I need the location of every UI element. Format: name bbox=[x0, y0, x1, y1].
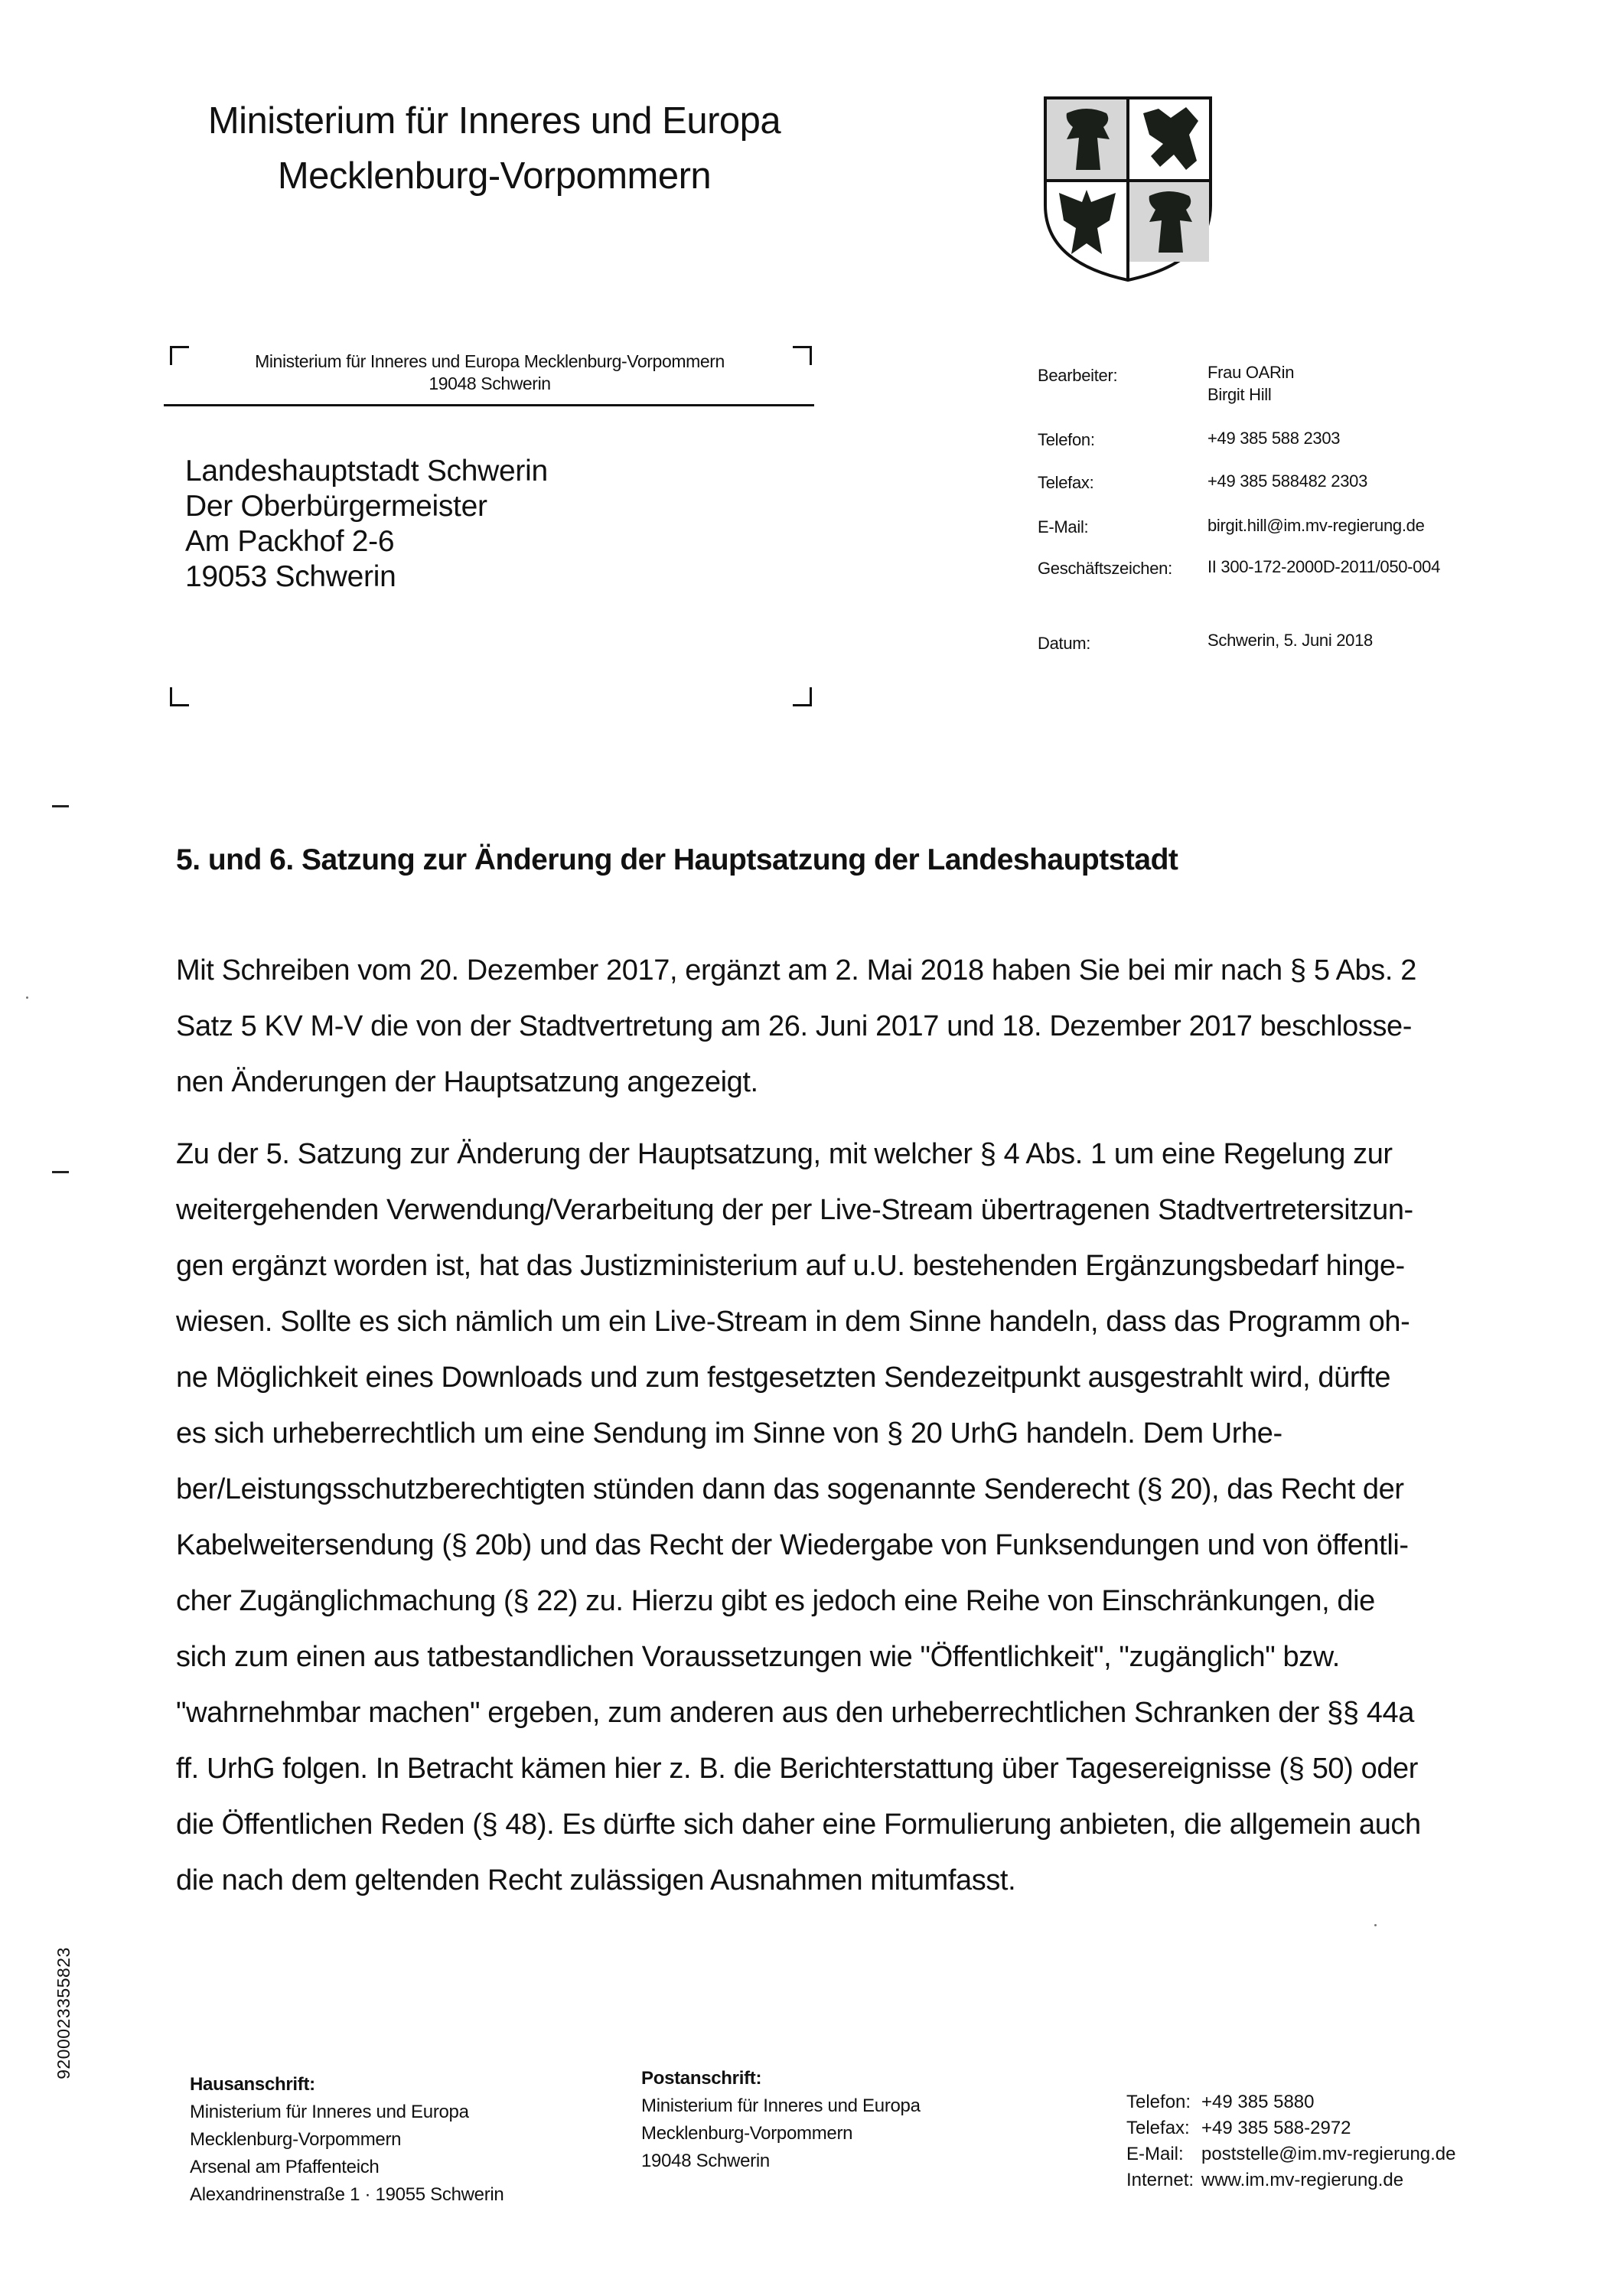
recipient-line: Landeshauptstadt Schwerin bbox=[185, 454, 548, 489]
telefon-label: Telefon: bbox=[1038, 430, 1095, 450]
email-value[interactable]: birgit.hill@im.mv-regierung.de bbox=[1207, 514, 1425, 536]
footer-contact: Telefon:+49 385 5880 Telefax:+49 385 588… bbox=[1126, 2089, 1456, 2193]
postanschrift-line: Mecklenburg-Vorpommern bbox=[641, 2120, 921, 2148]
datum-label: Datum: bbox=[1038, 634, 1090, 654]
ministry-name-line2: Mecklenburg-Vorpommern bbox=[181, 148, 808, 204]
fold-mark bbox=[52, 1171, 69, 1173]
footer-internet-label: Internet: bbox=[1126, 2167, 1201, 2193]
recipient-line: 19053 Schwerin bbox=[185, 559, 548, 595]
ministry-name-line1: Ministerium für Inneres und Europa bbox=[181, 93, 808, 148]
fold-mark bbox=[52, 805, 69, 807]
bearbeiter-title: Frau OARin bbox=[1207, 361, 1294, 383]
recipient-line: Am Packhof 2-6 bbox=[185, 524, 548, 559]
sender-line-1: Ministerium für Inneres und Europa Meckl… bbox=[191, 351, 788, 373]
sender-return-address: Ministerium für Inneres und Europa Meckl… bbox=[191, 351, 788, 395]
body-line: "wahrnehmbar machen" ergeben, zum andere… bbox=[176, 1685, 1523, 1741]
body-line: Zu der 5. Satzung zur Änderung der Haupt… bbox=[176, 1127, 1523, 1182]
bearbeiter-label: Bearbeiter: bbox=[1038, 366, 1117, 386]
side-number-text: 9200023355823 bbox=[54, 1947, 74, 2079]
bearbeiter-name: Birgit Hill bbox=[1207, 383, 1294, 406]
scan-speck bbox=[1374, 1924, 1377, 1926]
footer-telefon-value: +49 385 5880 bbox=[1201, 2092, 1314, 2112]
sender-line-2: 19048 Schwerin bbox=[191, 373, 788, 395]
footer-telefax: Telefax:+49 385 588-2972 bbox=[1126, 2115, 1456, 2141]
body-line: cher Zugänglichmachung (§ 22) zu. Hierzu… bbox=[176, 1574, 1523, 1629]
hausanschrift-line: Arsenal am Pfaffenteich bbox=[190, 2154, 504, 2181]
window-corner-mark bbox=[170, 687, 189, 706]
postanschrift-heading: Postanschrift: bbox=[641, 2065, 921, 2092]
footer-email-label: E-Mail: bbox=[1126, 2141, 1201, 2167]
ministry-title: Ministerium für Inneres und Europa Meckl… bbox=[181, 93, 808, 204]
recipient-line: Der Oberbürgermeister bbox=[185, 489, 548, 524]
hausanschrift-heading: Hausanschrift: bbox=[190, 2071, 504, 2099]
footer-telefax-value: +49 385 588-2972 bbox=[1201, 2118, 1351, 2138]
email-label: E-Mail: bbox=[1038, 517, 1088, 537]
hausanschrift-line: Alexandrinenstraße 1 · 19055 Schwerin bbox=[190, 2181, 504, 2209]
geschaeftszeichen-label: Geschäftszeichen: bbox=[1038, 559, 1172, 579]
datum-value: Schwerin, 5. Juni 2018 bbox=[1207, 629, 1373, 651]
body-line: Mit Schreiben vom 20. Dezember 2017, erg… bbox=[176, 943, 1523, 999]
telefax-value: +49 385 588482 2303 bbox=[1207, 470, 1367, 492]
telefon-value: +49 385 588 2303 bbox=[1207, 427, 1340, 449]
window-corner-mark bbox=[793, 346, 812, 365]
body-line: es sich urheberrechtlich um eine Sendung… bbox=[176, 1406, 1523, 1462]
body-line: Kabelweitersendung (§ 20b) und das Recht… bbox=[176, 1518, 1523, 1574]
coat-of-arms-icon bbox=[1036, 90, 1220, 285]
geschaeftszeichen-value: II 300-172-2000D-2011/050-004 bbox=[1207, 556, 1440, 578]
body-line: nen Änderungen der Hauptsatzung angezeig… bbox=[176, 1055, 1523, 1110]
body-line: sich zum einen aus tatbestandlichen Vora… bbox=[176, 1629, 1523, 1685]
window-corner-mark bbox=[170, 346, 189, 365]
footer-telefon: Telefon:+49 385 5880 bbox=[1126, 2089, 1456, 2115]
bearbeiter-value: Frau OARin Birgit Hill bbox=[1207, 361, 1294, 406]
hausanschrift-line: Mecklenburg-Vorpommern bbox=[190, 2126, 504, 2154]
postanschrift-line: Ministerium für Inneres und Europa bbox=[641, 2092, 921, 2120]
letter-subject: 5. und 6. Satzung zur Änderung der Haupt… bbox=[176, 843, 1178, 877]
body-line: ber/Leistungsschutzberechtigten stünden … bbox=[176, 1462, 1523, 1518]
postanschrift-line: 19048 Schwerin bbox=[641, 2148, 921, 2175]
body-line: wiesen. Sollte es sich nämlich um ein Li… bbox=[176, 1294, 1523, 1350]
sender-divider bbox=[164, 404, 814, 406]
recipient-address: Landeshauptstadt Schwerin Der Oberbürger… bbox=[185, 454, 548, 595]
body-line: die Öffentlichen Reden (§ 48). Es dürfte… bbox=[176, 1797, 1523, 1853]
footer-email: E-Mail:poststelle@im.mv-regierung.de bbox=[1126, 2141, 1456, 2167]
window-corner-mark bbox=[793, 687, 812, 706]
body-line: ne Möglichkeit eines Downloads und zum f… bbox=[176, 1350, 1523, 1406]
body-paragraph-2: Zu der 5. Satzung zur Änderung der Haupt… bbox=[176, 1127, 1523, 1909]
footer-internet: Internet:www.im.mv-regierung.de bbox=[1126, 2167, 1456, 2193]
footer-telefon-label: Telefon: bbox=[1126, 2089, 1201, 2115]
hausanschrift-line: Ministerium für Inneres und Europa bbox=[190, 2099, 504, 2126]
footer-telefax-label: Telefax: bbox=[1126, 2115, 1201, 2141]
body-line: gen ergänzt worden ist, hat das Justizmi… bbox=[176, 1238, 1523, 1294]
body-paragraph-1: Mit Schreiben vom 20. Dezember 2017, erg… bbox=[176, 943, 1523, 1110]
document-barcode-number: 9200023355823 bbox=[44, 1929, 83, 2097]
body-line: Satz 5 KV M-V die von der Stadtvertretun… bbox=[176, 999, 1523, 1055]
body-line: ff. UrhG folgen. In Betracht kämen hier … bbox=[176, 1741, 1523, 1797]
scan-speck bbox=[26, 996, 28, 999]
body-line: die nach dem geltenden Recht zulässigen … bbox=[176, 1853, 1523, 1909]
footer-hausanschrift: Hausanschrift: Ministerium für Inneres u… bbox=[190, 2071, 504, 2209]
footer-internet-value[interactable]: www.im.mv-regierung.de bbox=[1201, 2170, 1403, 2190]
footer-postanschrift: Postanschrift: Ministerium für Inneres u… bbox=[641, 2065, 921, 2175]
footer-email-value[interactable]: poststelle@im.mv-regierung.de bbox=[1201, 2144, 1456, 2164]
body-line: weitergehenden Verwendung/Verarbeitung d… bbox=[176, 1182, 1523, 1238]
telefax-label: Telefax: bbox=[1038, 473, 1093, 493]
